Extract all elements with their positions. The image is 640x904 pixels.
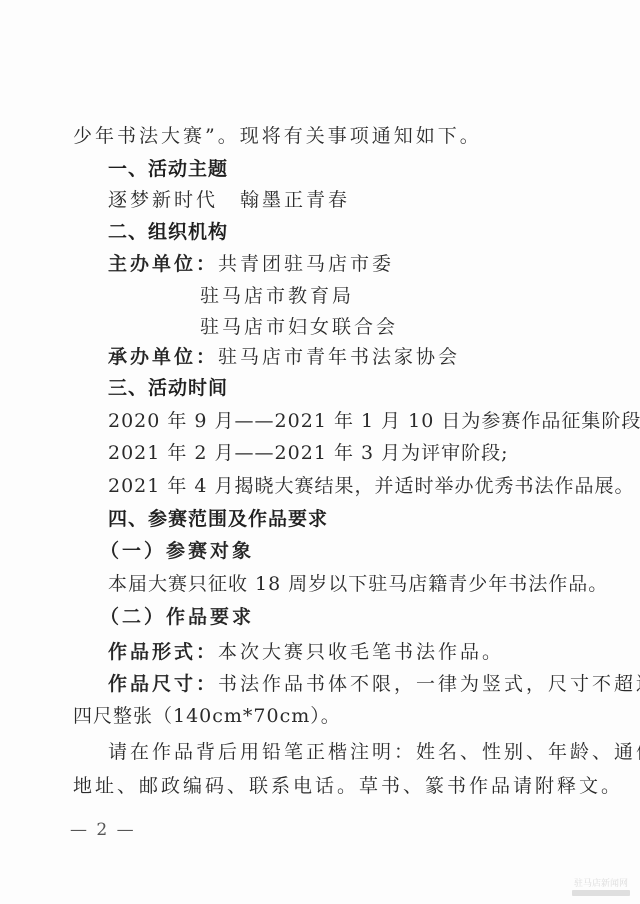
section-heading-scope: 四、参赛范围及作品要求 [108, 505, 328, 533]
labeling-note-2: 地址、邮政编码、联系电话。草书、篆书作品请附释文。 [73, 772, 623, 800]
labeling-note-1: 请在作品背后用铅笔正楷注明：姓名、性别、年龄、通信 [108, 738, 640, 766]
form-requirement-row: 作品形式：本次大赛只收毛笔书法作品。 [108, 638, 504, 666]
size-label: 作品尺寸： [108, 673, 218, 695]
organizer-label: 承办单位： [108, 346, 218, 368]
watermark-text: 驻马店新闻网 [572, 876, 630, 889]
section-heading-theme: 一、活动主题 [108, 155, 228, 183]
watermark-bar [572, 890, 630, 896]
timeline-item-2: 2021 年 2 月——2021 年 3 月为评审阶段; [108, 439, 509, 467]
organizer-row: 承办单位：驻马店市青年书法家协会 [108, 343, 460, 371]
subheading-eligibility: （一）参赛对象 [100, 537, 254, 565]
theme-text: 逐梦新时代 翰墨正青春 [108, 186, 350, 214]
page-number: — 2 — [70, 820, 136, 840]
host-units-row: 主办单位：共青团驻马店市委 [108, 250, 394, 278]
size-text-continued: 四尺整张（140cm*70cm）。 [73, 702, 341, 730]
form-label: 作品形式： [108, 641, 218, 663]
size-text: 书法作品书体不限，一律为竖式，尺寸不超过 [218, 673, 640, 695]
subheading-requirements: （二）作品要求 [100, 603, 254, 631]
timeline-item-3: 2021 年 4 月揭晓大赛结果，并适时举办优秀书法作品展。 [108, 472, 635, 500]
section-heading-organization: 二、组织机构 [108, 218, 228, 246]
host-units-label: 主办单位： [108, 253, 218, 275]
organizer-unit: 驻马店市青年书法家协会 [218, 346, 460, 368]
document-page: 少年书法大赛”。现将有关事项通知如下。 一、活动主题 逐梦新时代 翰墨正青春 二… [0, 0, 640, 904]
form-text: 本次大赛只收毛笔书法作品。 [218, 641, 504, 663]
host-unit-3: 驻马店市妇女联合会 [200, 313, 398, 341]
watermark-logo: 驻马店新闻网 [572, 876, 630, 898]
timeline-item-1: 2020 年 9 月——2021 年 1 月 10 日为参赛作品征集阶段; [108, 407, 640, 435]
host-unit-1: 共青团驻马店市委 [218, 253, 394, 275]
eligibility-text: 本届大赛只征收 18 周岁以下驻马店籍青少年书法作品。 [108, 570, 608, 598]
host-unit-2: 驻马店市教育局 [200, 282, 354, 310]
size-requirement-row: 作品尺寸：书法作品书体不限，一律为竖式，尺寸不超过 [108, 670, 640, 698]
section-heading-time: 三、活动时间 [108, 374, 228, 402]
intro-paragraph-end: 少年书法大赛”。现将有关事项通知如下。 [73, 122, 482, 150]
